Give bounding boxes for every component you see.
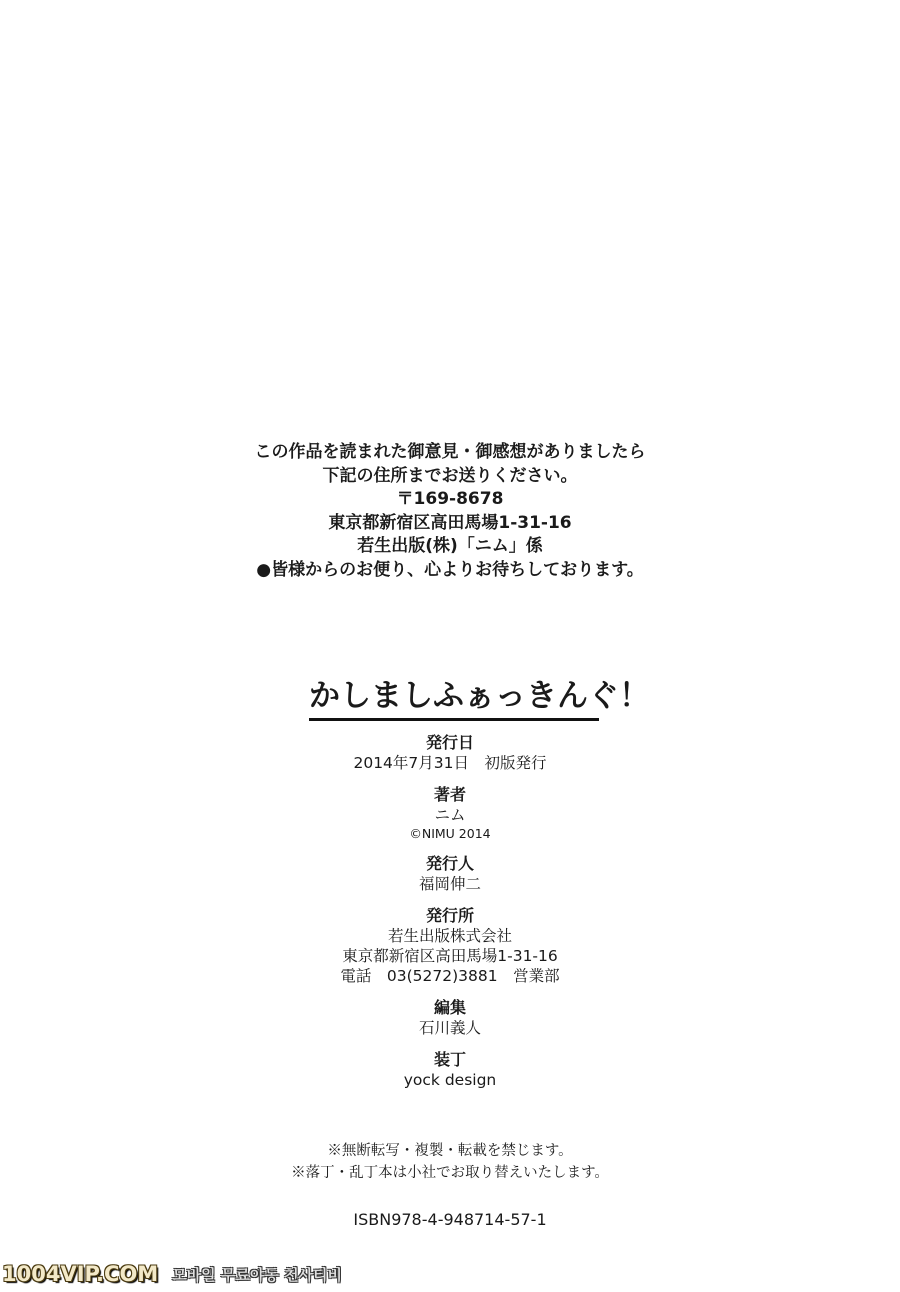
notice-no-reproduction: ※無断転写・複製・転載を禁じます。 <box>0 1140 900 1162</box>
publisher-phone: 電話 03(5272)3881 営業部 <box>0 966 900 986</box>
book-title-block: かしましふぁっきんぐ！ <box>309 676 599 721</box>
publisher-address: 東京都新宿区高田馬場1-31-16 <box>0 946 900 966</box>
editor-label: 編集 <box>0 998 900 1018</box>
isbn: ISBN978-4-948714-57-1 <box>0 1210 900 1229</box>
publisher-company: 若生出版株式会社 <box>0 926 900 946</box>
contact-line-feedback: この作品を読まれた御意見・御感想がありましたら <box>0 441 900 465</box>
legal-notices: ※無断転写・複製・転載を禁じます。 ※落丁・乱丁本は小社でお取り替えいたします。 <box>0 1140 900 1184</box>
publish-date-label: 発行日 <box>0 733 900 753</box>
contact-address: 東京都新宿区高田馬場1-31-16 <box>0 512 900 536</box>
contact-postal-code: 〒169-8678 <box>0 488 900 512</box>
copyright-notice: ©NIMU 2014 <box>0 825 900 842</box>
publisher-person-value: 福岡伸二 <box>0 874 900 894</box>
publish-date-value: 2014年7月31日 初版発行 <box>0 753 900 773</box>
editor-value: 石川義人 <box>0 1018 900 1038</box>
reader-contact-block: この作品を読まれた御意見・御感想がありましたら 下記の住所までお送りください。 … <box>0 441 900 582</box>
author-label: 著者 <box>0 785 900 805</box>
author-value: ニム <box>0 805 900 825</box>
publisher-label: 発行所 <box>0 906 900 926</box>
title-underline <box>309 718 599 721</box>
watermark-tagline: 모바일 무료야동 천사티비 <box>172 1264 342 1285</box>
section-design: 装丁 yock design <box>0 1050 900 1090</box>
design-value: yock design <box>0 1070 900 1090</box>
contact-closing: ●皆様からのお便り、心よりお待ちしております。 <box>0 559 900 583</box>
book-title: かしましふぁっきんぐ！ <box>309 676 599 716</box>
watermark-overlay: 1004VIP.COM 모바일 무료야동 천사티비 <box>2 1262 342 1286</box>
section-editor: 編集 石川義人 <box>0 998 900 1038</box>
notice-defect-exchange: ※落丁・乱丁本は小社でお取り替えいたします。 <box>0 1162 900 1184</box>
contact-recipient: 若生出版(株)「ニム」係 <box>0 535 900 559</box>
design-label: 装丁 <box>0 1050 900 1070</box>
watermark-logo: 1004VIP.COM <box>2 1262 158 1286</box>
section-publisher: 発行所 若生出版株式会社 東京都新宿区高田馬場1-31-16 電話 03(527… <box>0 906 900 986</box>
section-publisher-person: 発行人 福岡伸二 <box>0 854 900 894</box>
colophon: 発行日 2014年7月31日 初版発行 著者 ニム ©NIMU 2014 発行人… <box>0 733 900 1102</box>
contact-line-send: 下記の住所までお送りください。 <box>0 465 900 489</box>
publisher-person-label: 発行人 <box>0 854 900 874</box>
section-author: 著者 ニム ©NIMU 2014 <box>0 785 900 842</box>
section-publish-date: 発行日 2014年7月31日 初版発行 <box>0 733 900 773</box>
